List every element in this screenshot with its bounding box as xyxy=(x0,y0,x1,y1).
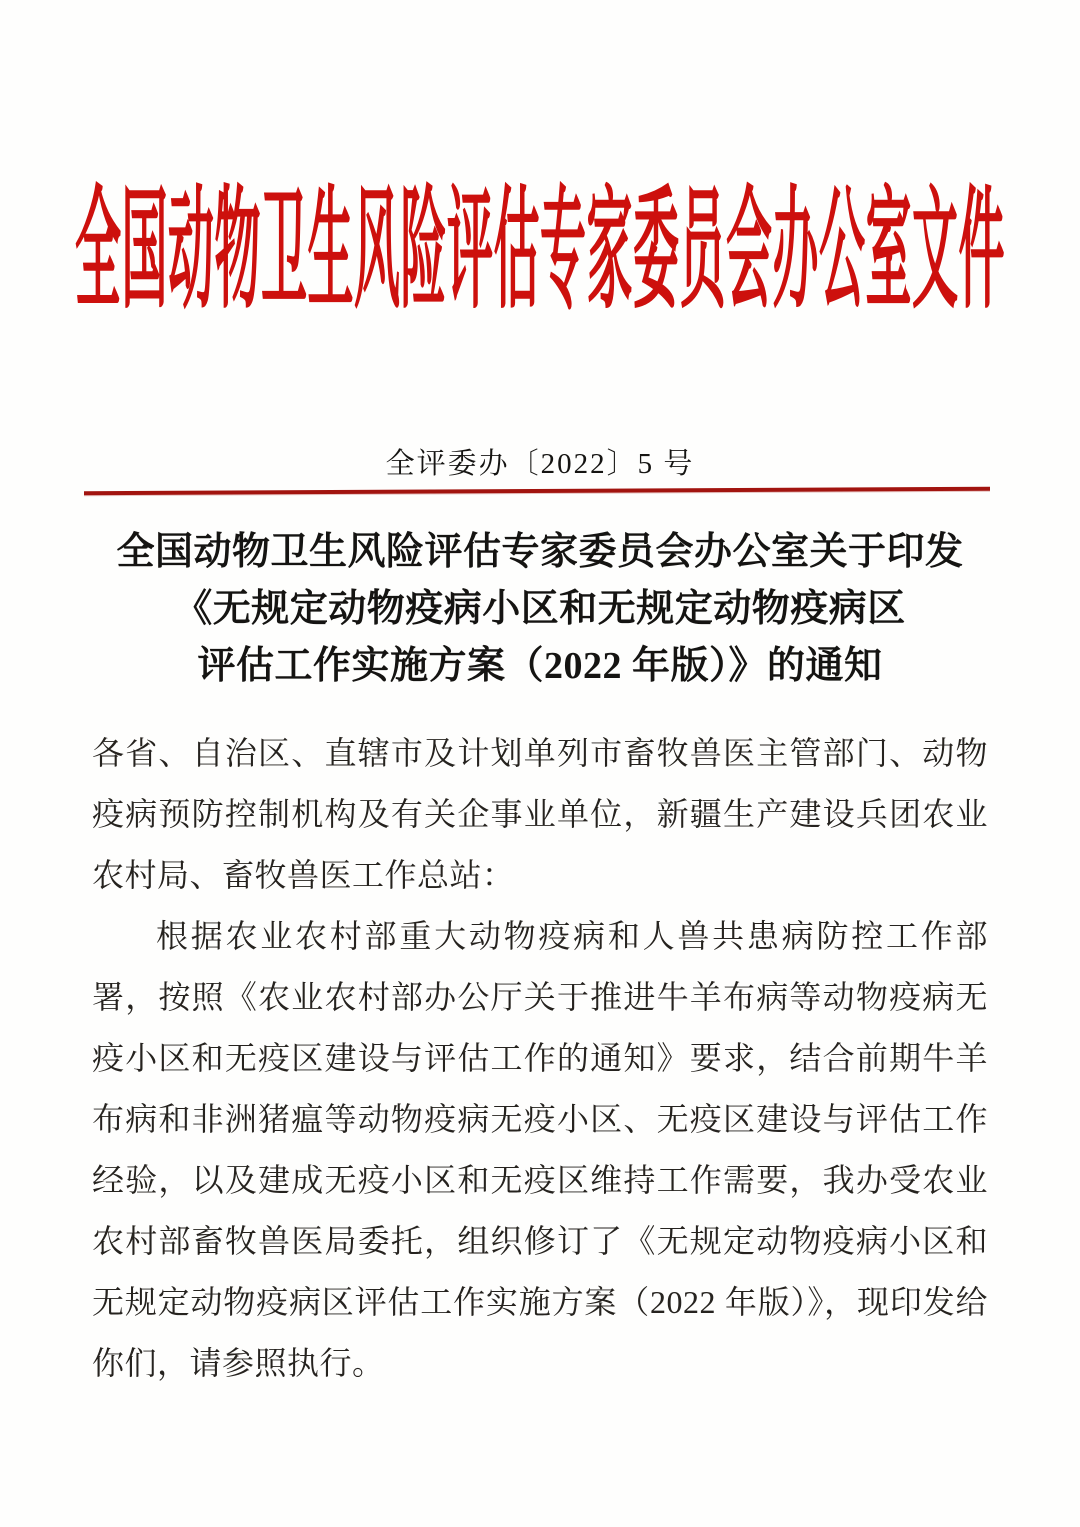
addressee-paragraph: 各省、自治区、直辖市及计划单列市畜牧兽医主管部门、动物疫病预防控制机构及有关企事… xyxy=(92,723,988,906)
document-title: 全国动物卫生风险评估专家委员会办公室关于印发 《无规定动物疫病小区和无规定动物疫… xyxy=(60,524,1020,695)
red-divider-line xyxy=(84,487,990,495)
document-title-line-3: 评估工作实施方案（2022 年版）》的通知 xyxy=(60,638,1020,695)
document-page: 全国动物卫生风险评估专家委员会办公室文件 全评委办〔2022〕5 号 全国动物卫… xyxy=(0,0,1080,1527)
document-title-line-2: 《无规定动物疫病小区和无规定动物疫病区 xyxy=(60,581,1020,638)
doc-number: 全评委办〔2022〕5 号 xyxy=(0,447,1080,481)
letterhead-banner: 全国动物卫生风险评估专家委员会办公室文件 xyxy=(0,186,1080,318)
main-body-paragraph: 根据农业农村部重大动物疫病和人兽共患病防控工作部署，按照《农业农村部办公厅关于推… xyxy=(92,906,988,1394)
document-title-line-1: 全国动物卫生风险评估专家委员会办公室关于印发 xyxy=(60,524,1020,581)
document-body: 各省、自治区、直辖市及计划单列市畜牧兽医主管部门、动物疫病预防控制机构及有关企事… xyxy=(92,723,988,1394)
